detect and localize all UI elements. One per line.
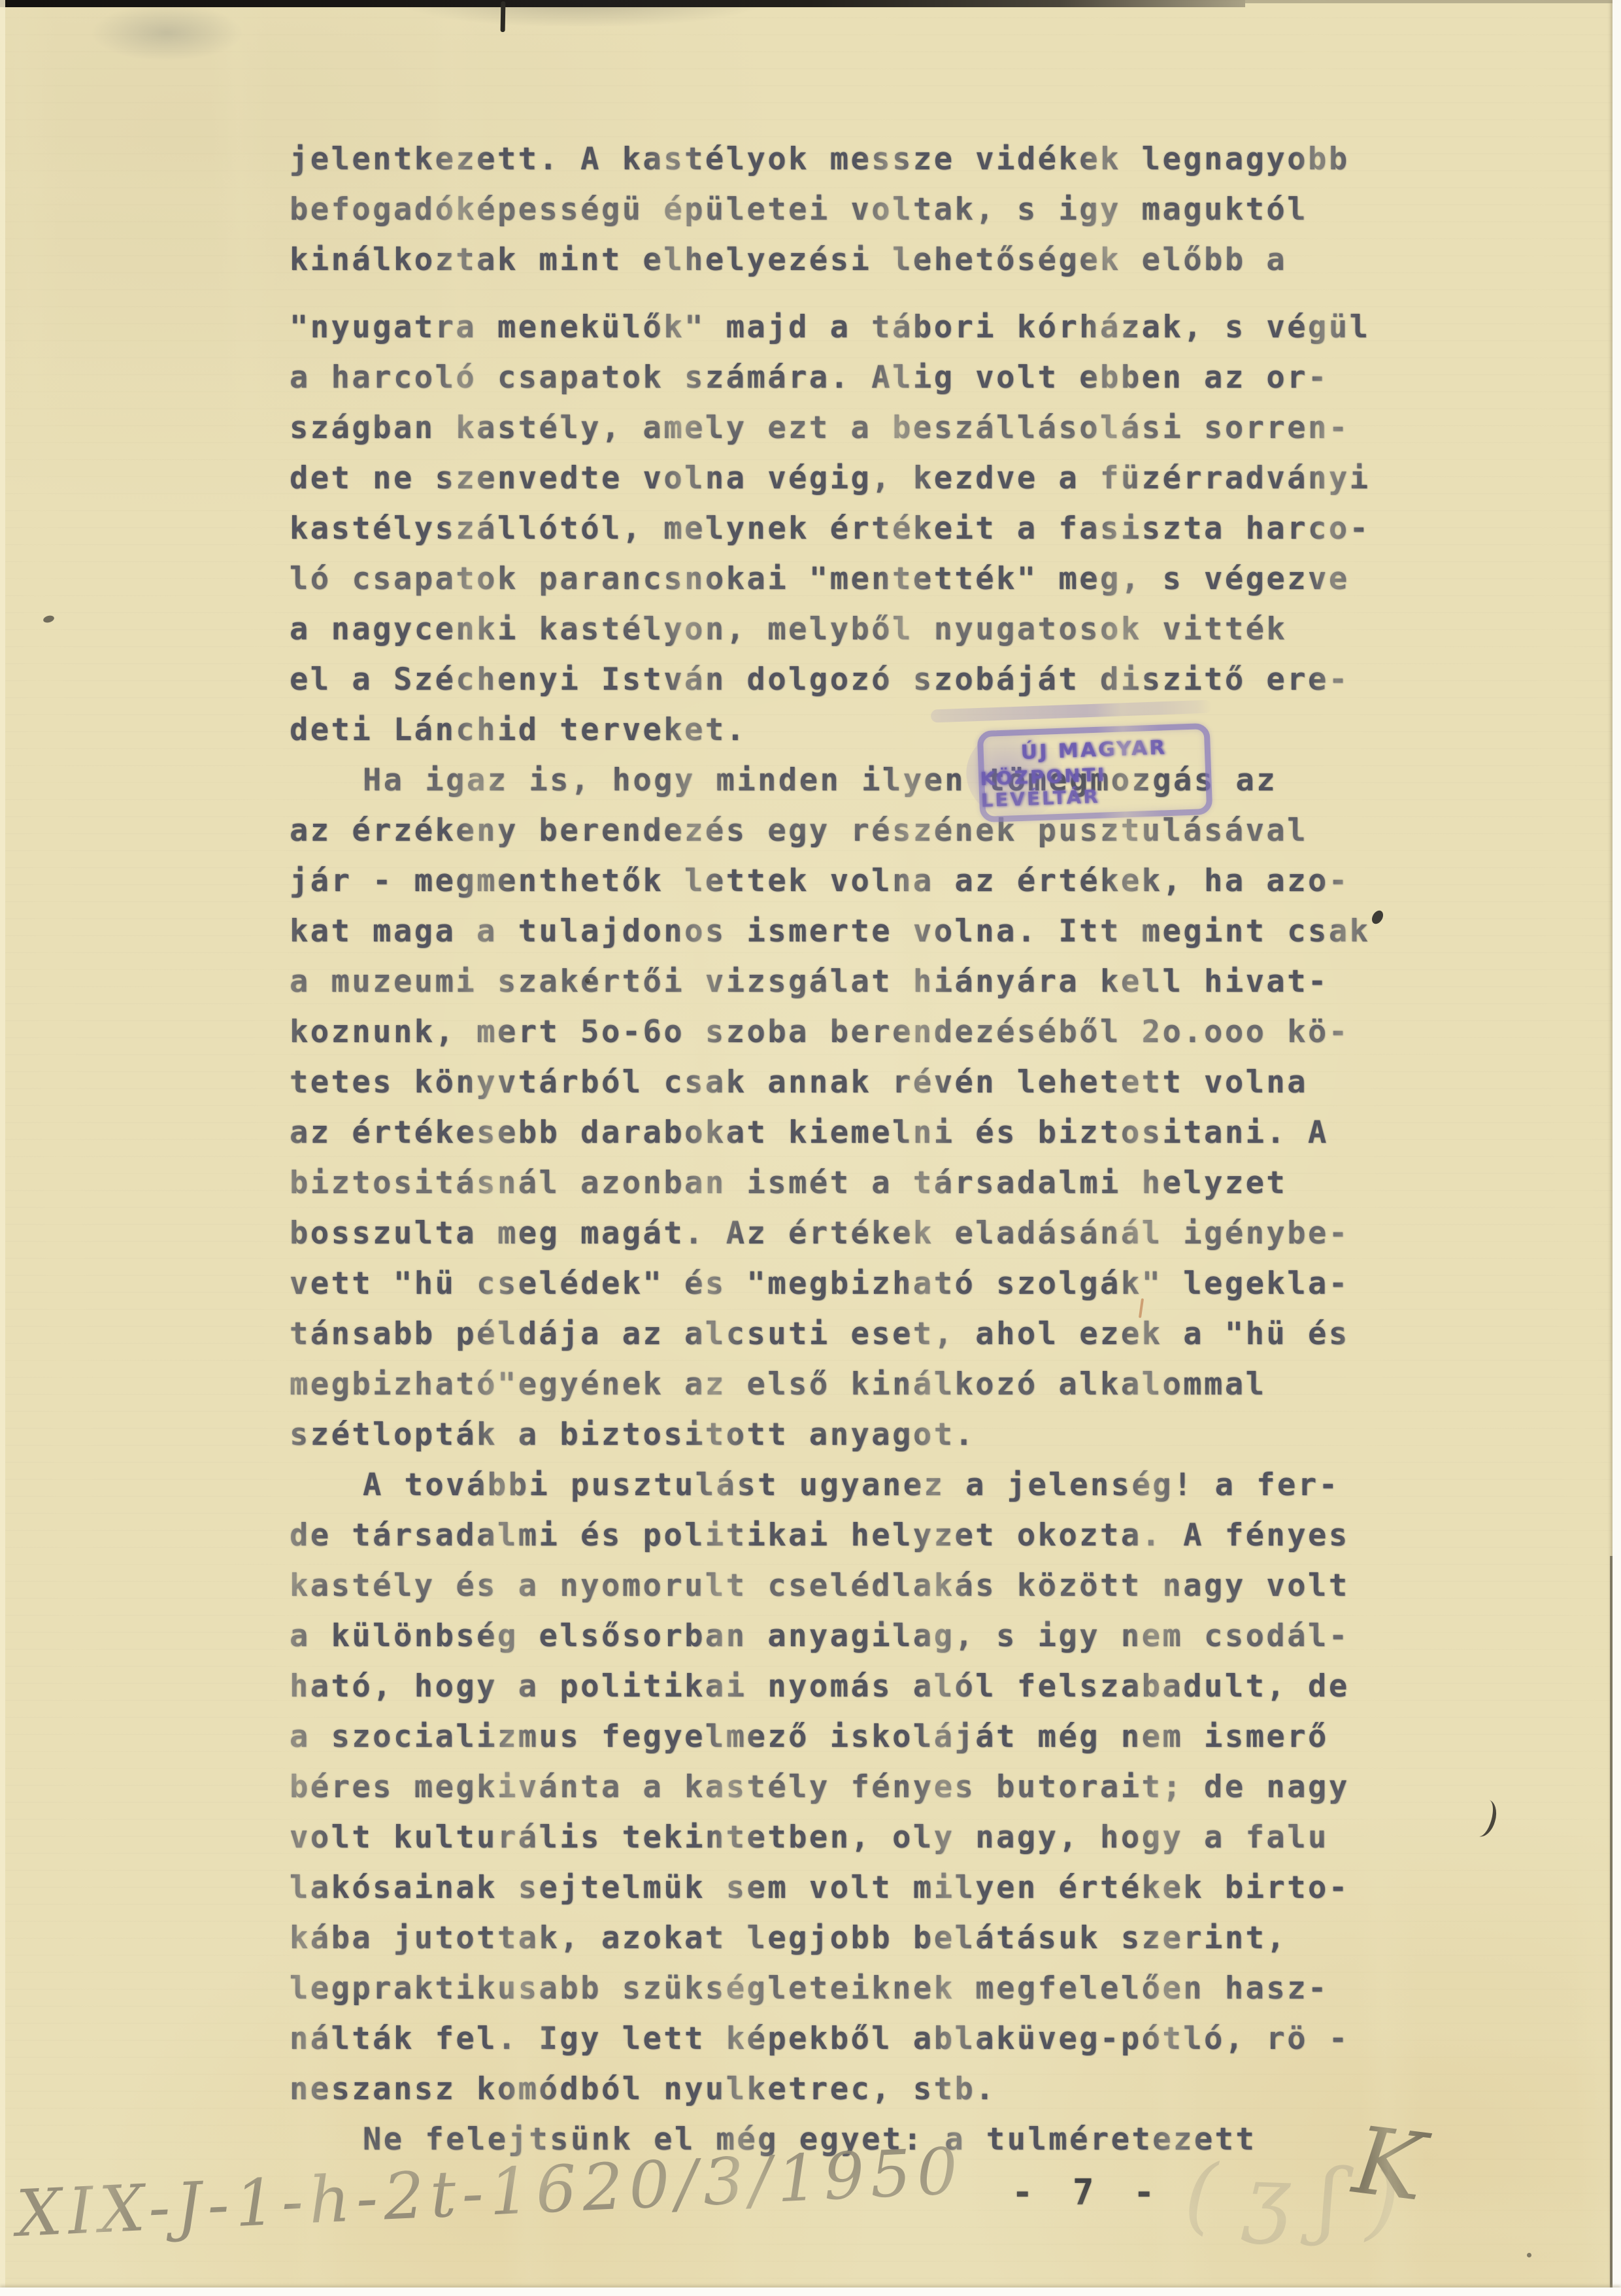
scan-edge-bottom [0,2288,1621,2296]
ink-speck [1527,2253,1531,2257]
typed-line: a nagycenki kastélyon, melyből nyugatoso… [290,604,1370,654]
typed-line: a muzeumi szakértői vizsgálat hiányára k… [290,956,1370,1007]
scan-edge-top-right [1245,0,1621,3]
typed-line: kastély és a nyomorult cselédlakás közöt… [290,1561,1370,1611]
pencil-k-mark: K [1348,2106,1429,2222]
typed-line: vett "hü cselédek" és "megbizható szolgá… [290,1258,1370,1309]
typed-line: bosszulta meg magát. Az értékek eladásán… [290,1208,1370,1258]
typed-line: béres megkivánta a kastély fényes butora… [290,1762,1370,1812]
typed-line: szétlopták a biztositott anyagot. [290,1410,1370,1460]
typed-line: el a Széchenyi István dolgozó szobáját d… [290,654,1370,705]
typed-line: kinálkoztak mint elhelyezési lehetőségek… [290,235,1370,285]
top-center-smudge [405,0,758,26]
typed-line: ható, hogy a politikai nyomás alól felsz… [290,1661,1370,1712]
typed-line: det ne szenvedte volna végig, kezdve a f… [290,453,1370,503]
typed-line: kastélyszállótól, melynek értékeit a fas… [290,503,1370,554]
page-number: - 7 - [1012,2172,1164,2213]
typed-line: a szocializmus fegyelmező iskoláját még … [290,1712,1370,1762]
typed-line: volt kulturális tekintetben, oly nagy, h… [290,1812,1370,1863]
ink-speck [42,615,55,624]
scan-edge-right [1613,0,1621,2296]
typed-line: nálták fel. Igy lett képekből ablaküveg-… [290,2014,1370,2064]
typed-line: az értékesebb darabokat kiemelni és bizt… [290,1107,1370,1158]
typed-line: tánsabb példája az alcsuti eset, ahol ez… [290,1309,1370,1359]
pen-curve-mark [1467,1797,1501,1840]
typed-line: koznunk, mert 5o-6o szoba berendezéséből… [290,1007,1370,1057]
typed-line: jár - megmenthetők lettek volna az érték… [290,856,1370,906]
typed-line: legpraktikusabb szükségleteiknek megfele… [290,1963,1370,2014]
scan-edge-right-shadow [1610,1556,1613,2296]
typed-line: kába jutottak, azokat legjobb belátásuk … [290,1913,1370,1963]
typed-line: tetes könyvtárból csak annak révén lehet… [290,1057,1370,1107]
typed-line: A további pusztulást ugyanez a jelenség!… [290,1460,1370,1510]
typed-line: neszansz komódból nyulketrec, stb. [290,2064,1370,2114]
typed-line: biztositásnál azonban ismét a társadalmi… [290,1158,1370,1208]
typed-line: lakósainak sejtelmük sem volt milyen ért… [290,1863,1370,1913]
ink-speck [1370,909,1386,926]
typed-line: a harcoló csapatok számára. Alig volt eb… [290,352,1370,403]
typed-line: ló csapatok parancsnokai "mentették" meg… [290,554,1370,604]
typed-text-block: jelentkezett. A kastélyok messze vidékek… [290,134,1370,2165]
document-page: jelentkezett. A kastélyok messze vidékek… [0,0,1621,2296]
ink-speck [585,978,590,983]
typed-line: "nyugatra menekülők" majd a tábori kórhá… [290,302,1370,352]
typed-line: szágban kastély, amely ezt a beszállásol… [290,403,1370,453]
archive-stamp: ÚJ MAGYAR KÖZPONTI LEVÉLTÁR [977,723,1213,822]
typed-line: az érzékeny berendezés egy részének pusz… [290,805,1370,856]
typed-line: befogadóképességü épületei voltak, s igy… [290,184,1370,235]
typed-line: kat maga a tulajdonos ismerte volna. Itt… [290,906,1370,956]
typed-line: de társadalmi és politikai helyzet okozt… [290,1510,1370,1561]
typed-line: megbizható"egyének az első kinálkozó alk… [290,1359,1370,1410]
stamp-line-2: KÖZPONTI LEVÉLTÁR [980,760,1211,811]
stamp-line-1: ÚJ MAGYAR [1020,736,1167,764]
top-left-smudge [90,4,244,61]
typed-line: a különbség elsősorban anyagilag, s igy … [290,1611,1370,1661]
typed-line: jelentkezett. A kastélyok messze vidékek… [290,134,1370,184]
scan-edge-left [0,0,5,2296]
